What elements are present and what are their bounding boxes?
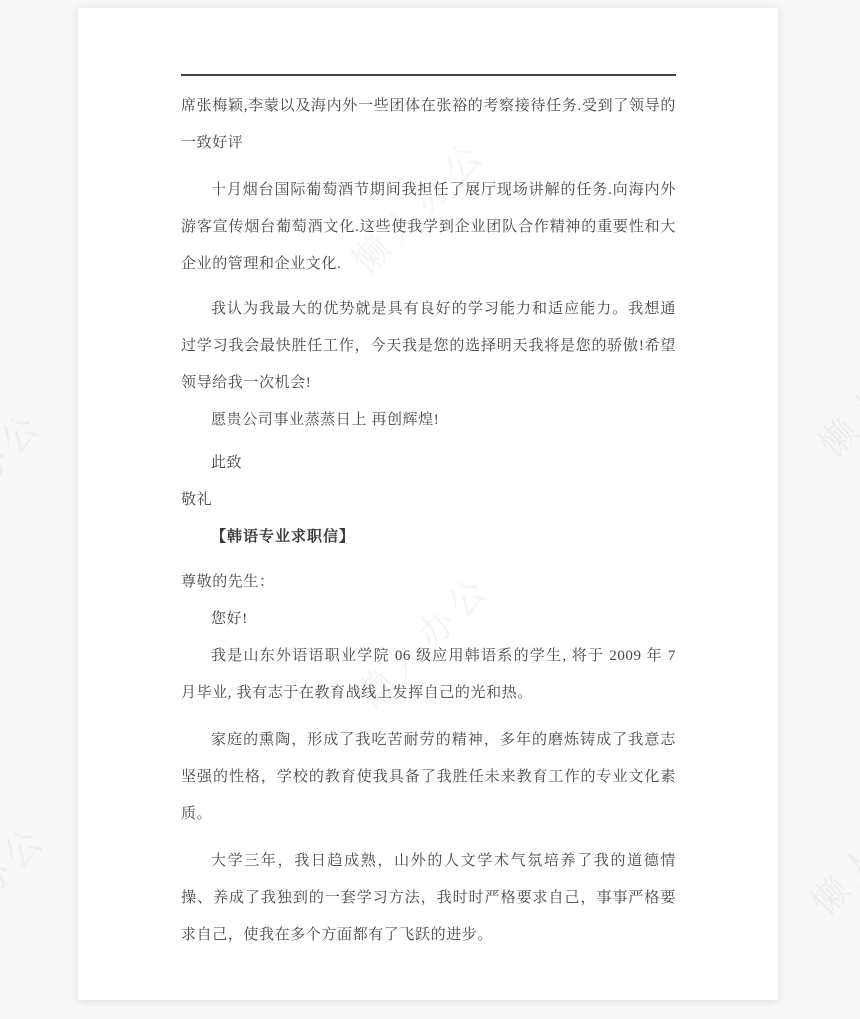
section-heading-korean-major-letter: 【韩语专业求职信】 — [181, 519, 676, 556]
salutation-dear-sir: 尊敬的先生： — [181, 564, 676, 601]
greeting-hello: 您好! — [181, 601, 676, 638]
watermark-text: 懒人办公 — [798, 767, 860, 925]
paragraph-strengths: 我认为我最大的优势就是具有良好的学习能力和适应能力。我想通过学习我会最快胜任工作… — [181, 291, 676, 402]
watermark-text: 懒人办公 — [806, 309, 860, 467]
closing-cizhi: 此致 — [181, 445, 676, 482]
paragraph-wine-festival: 十月烟台国际葡萄酒节期间我担任了展厅现场讲解的任务.向海内外游客宣传烟台葡萄酒文… — [181, 172, 676, 283]
header-divider-line — [181, 74, 676, 76]
paragraph-college-years: 大学三年，我日趋成熟，山外的人文学术气氛培养了我的道德情操、养成了我独到的一套学… — [181, 843, 676, 954]
page-content: 席张梅颖,李蒙以及海内外一些团体在张裕的考察接待任务.受到了领导的一致好评 十月… — [181, 8, 676, 1000]
paragraph-wish-company: 愿贵公司事业蒸蒸日上 再创辉煌! — [181, 402, 676, 439]
closing-jingli: 敬礼 — [181, 482, 676, 519]
paragraph-self-intro: 我是山东外语语职业学院 06 级应用韩语系的学生, 将于 2009 年 7 月毕… — [181, 638, 676, 712]
watermark-text: 懒人办公 — [0, 397, 54, 555]
paragraph-family-influence: 家庭的熏陶，形成了我吃苦耐劳的精神，多年的磨炼铸成了我意志坚强的性格，学校的教育… — [181, 722, 676, 833]
watermark-text: 懒人办公 — [0, 811, 57, 969]
document-page: 席张梅颖,李蒙以及海内外一些团体在张裕的考察接待任务.受到了领导的一致好评 十月… — [78, 8, 778, 1000]
document-viewer: 席张梅颖,李蒙以及海内外一些团体在张裕的考察接待任务.受到了领导的一致好评 十月… — [0, 0, 860, 1019]
paragraph-continuation: 席张梅颖,李蒙以及海内外一些团体在张裕的考察接待任务.受到了领导的一致好评 — [181, 88, 676, 162]
